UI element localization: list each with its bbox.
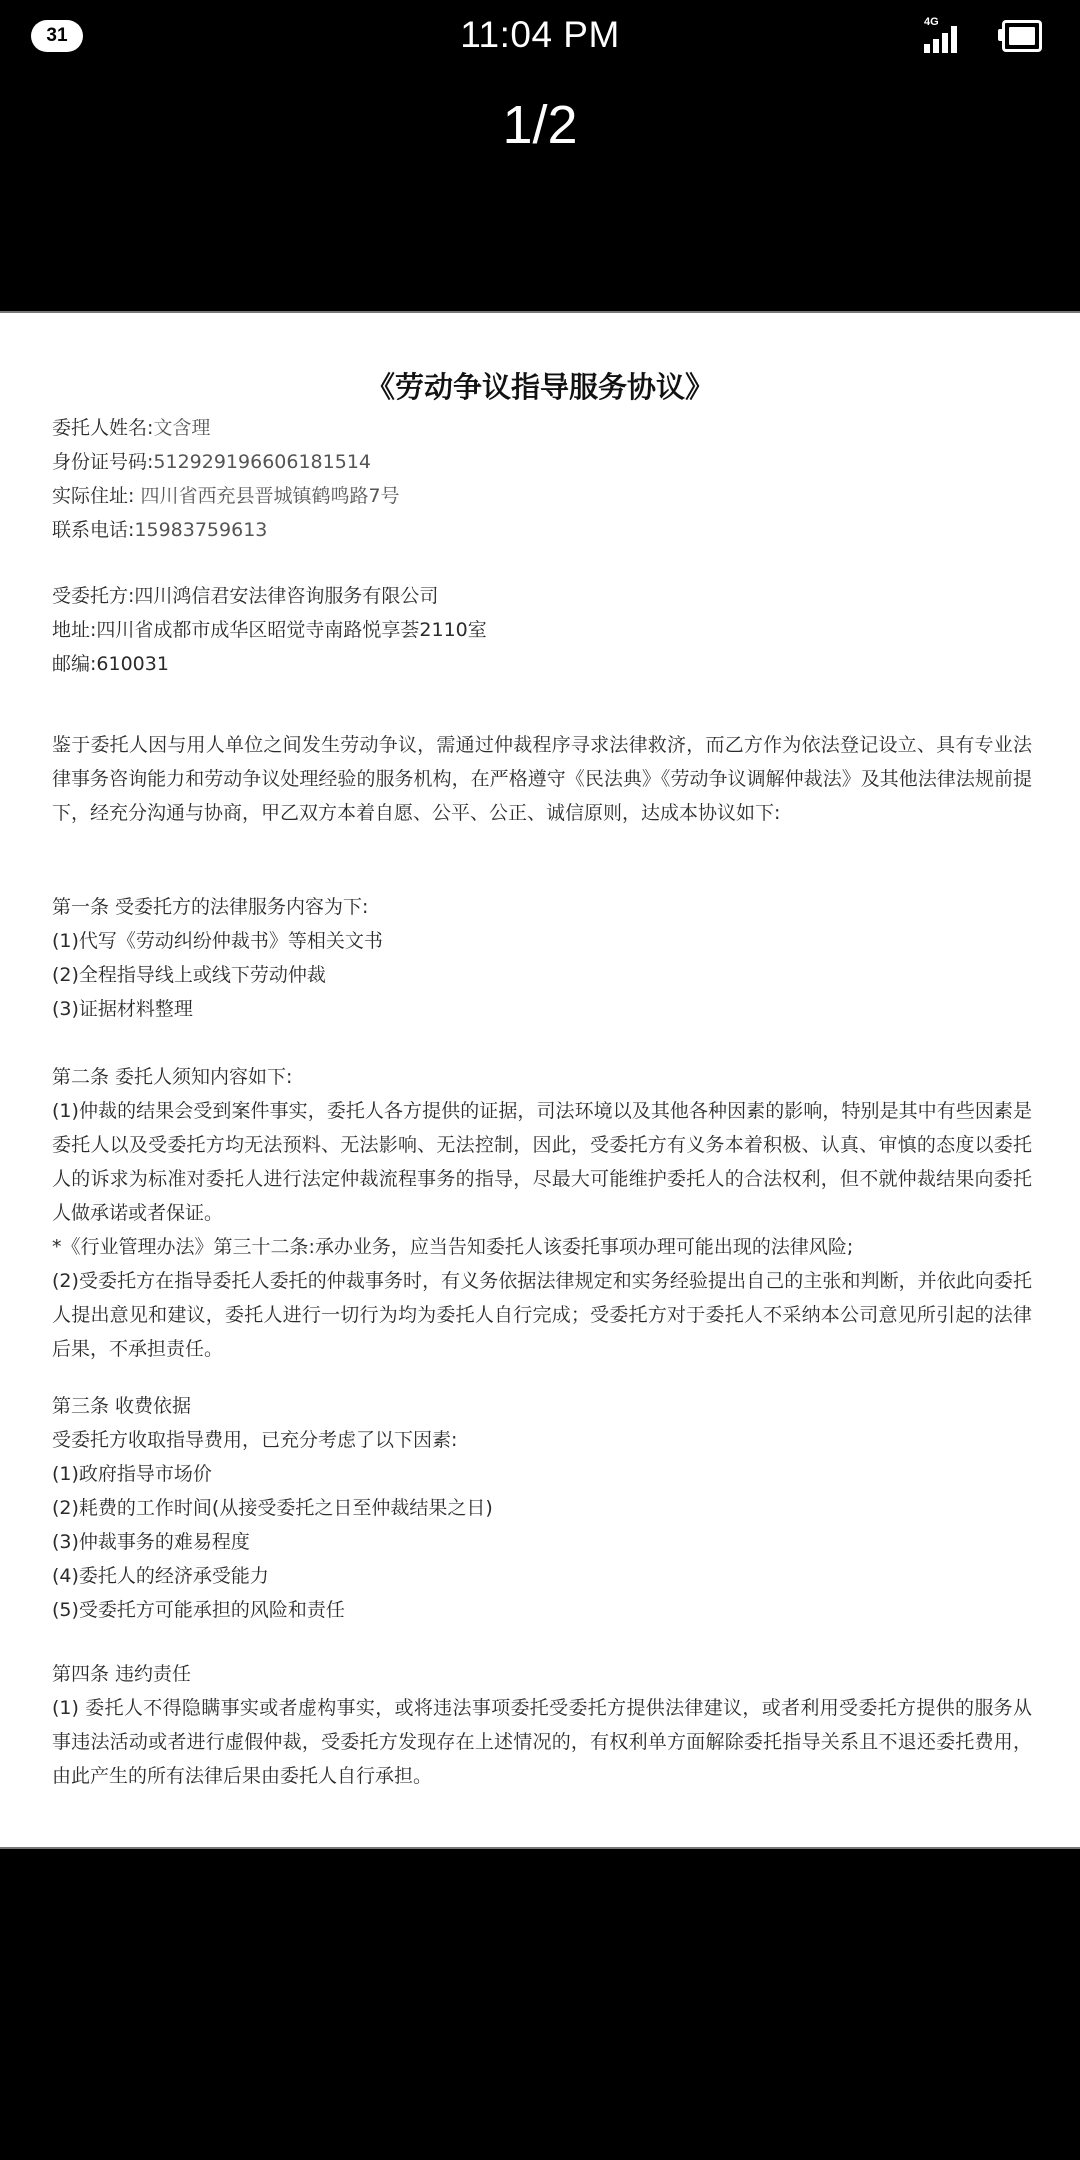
provider-address: 地址:四川省成都市成华区昭觉寺南路悦享荟2110室 [52, 613, 1032, 647]
article-1-item: (1)代写《劳动纠纷仲裁书》等相关文书 [52, 924, 1032, 958]
article-3-heading: 第三条 收费依据 [52, 1389, 1032, 1423]
status-clock: 11:04 PM [0, 14, 1080, 56]
client-phone-label: 联系电话: [52, 519, 134, 541]
client-id-value: 512929196606181514 [153, 451, 371, 473]
article-3-item: (3)仲裁事务的难易程度 [52, 1525, 1032, 1559]
article-4-item-1: (1) 委托人不得隐瞒事实或者虚构事实，或将违法事项委托受委托方提供法律建议，或… [52, 1691, 1032, 1793]
signal-bars-icon: 4G [924, 16, 974, 56]
client-name-label: 委托人姓名: [52, 417, 153, 439]
article-4: 第四条 违约责任 (1) 委托人不得隐瞒事实或者虚构事实，或将违法事项委托受委托… [52, 1657, 1032, 1793]
page-indicator: 1/2 [0, 94, 1080, 156]
article-2-note: *《行业管理办法》第三十二条:承办业务，应当告知委托人该委托事项办理可能出现的法… [52, 1230, 1032, 1264]
client-address-row: 实际住址: 四川省西充县晋城镇鹤鸣路7号 [52, 479, 1032, 513]
client-address-label: 实际住址: [52, 485, 140, 507]
status-bar: 31 11:04 PM 4G [0, 0, 1080, 72]
viewer-bottom-area [0, 1849, 1080, 2160]
article-1-item: (3)证据材料整理 [52, 992, 1032, 1026]
article-1: 第一条 受委托方的法律服务内容为下: (1)代写《劳动纠纷仲裁书》等相关文书 (… [52, 890, 1032, 1026]
preamble-paragraph: 鉴于委托人因与用人单位之间发生劳动争议，需通过仲裁程序寻求法律救济，而乙方作为依… [52, 728, 1032, 830]
article-4-heading: 第四条 违约责任 [52, 1657, 1032, 1691]
article-3-intro: 受委托方收取指导费用，已充分考虑了以下因素: [52, 1423, 1032, 1457]
provider-info: 受委托方:四川鸿信君安法律咨询服务有限公司 地址:四川省成都市成华区昭觉寺南路悦… [52, 579, 1032, 681]
client-id-label: 身份证号码: [52, 451, 153, 473]
signal-bar-3 [942, 33, 948, 53]
client-phone-row: 联系电话:15983759613 [52, 513, 1032, 547]
client-phone-value: 15983759613 [134, 519, 267, 541]
document-title: 《劳动争议指导服务协议》 [0, 365, 1080, 406]
article-2-heading: 第二条 委托人须知内容如下: [52, 1060, 1032, 1094]
client-id-row: 身份证号码:512929196606181514 [52, 445, 1032, 479]
article-3-item: (2)耗费的工作时间(从接受委托之日至仲裁结果之日) [52, 1491, 1032, 1525]
article-1-item: (2)全程指导线上或线下劳动仲裁 [52, 958, 1032, 992]
client-name-row: 委托人姓名:文含理 [52, 411, 1032, 445]
provider-name: 受委托方:四川鸿信君安法律咨询服务有限公司 [52, 579, 1032, 613]
signal-bar-2 [933, 39, 939, 53]
battery-fill [1009, 27, 1035, 45]
signal-bar-1 [924, 44, 930, 53]
article-3: 第三条 收费依据 受委托方收取指导费用，已充分考虑了以下因素: (1)政府指导市… [52, 1389, 1032, 1627]
article-3-item: (4)委托人的经济承受能力 [52, 1559, 1032, 1593]
provider-postcode: 邮编:610031 [52, 647, 1032, 681]
client-address-value: 四川省西充县晋城镇鹤鸣路7号 [140, 485, 399, 507]
article-2-item-2: (2)受委托方在指导委托人委托的仲裁事务时，有义务依据法律规定和实务经验提出自己… [52, 1264, 1032, 1366]
client-info: 委托人姓名:文含理 身份证号码:512929196606181514 实际住址:… [52, 411, 1032, 547]
article-3-item: (5)受委托方可能承担的风险和责任 [52, 1593, 1032, 1627]
signal-bar-4 [951, 26, 957, 53]
battery-body [1002, 20, 1042, 52]
article-3-item: (1)政府指导市场价 [52, 1457, 1032, 1491]
article-2-item-1: (1)仲裁的结果会受到案件事实，委托人各方提供的证据，司法环境以及其他各种因素的… [52, 1094, 1032, 1230]
client-name-value: 文含理 [153, 417, 210, 439]
document-page[interactable]: 《劳动争议指导服务协议》 委托人姓名:文含理 身份证号码:51292919660… [0, 311, 1080, 1849]
network-type-label: 4G [924, 16, 939, 28]
article-1-heading: 第一条 受委托方的法律服务内容为下: [52, 890, 1032, 924]
battery-icon [998, 20, 1042, 50]
article-2: 第二条 委托人须知内容如下: (1)仲裁的结果会受到案件事实，委托人各方提供的证… [52, 1060, 1032, 1366]
